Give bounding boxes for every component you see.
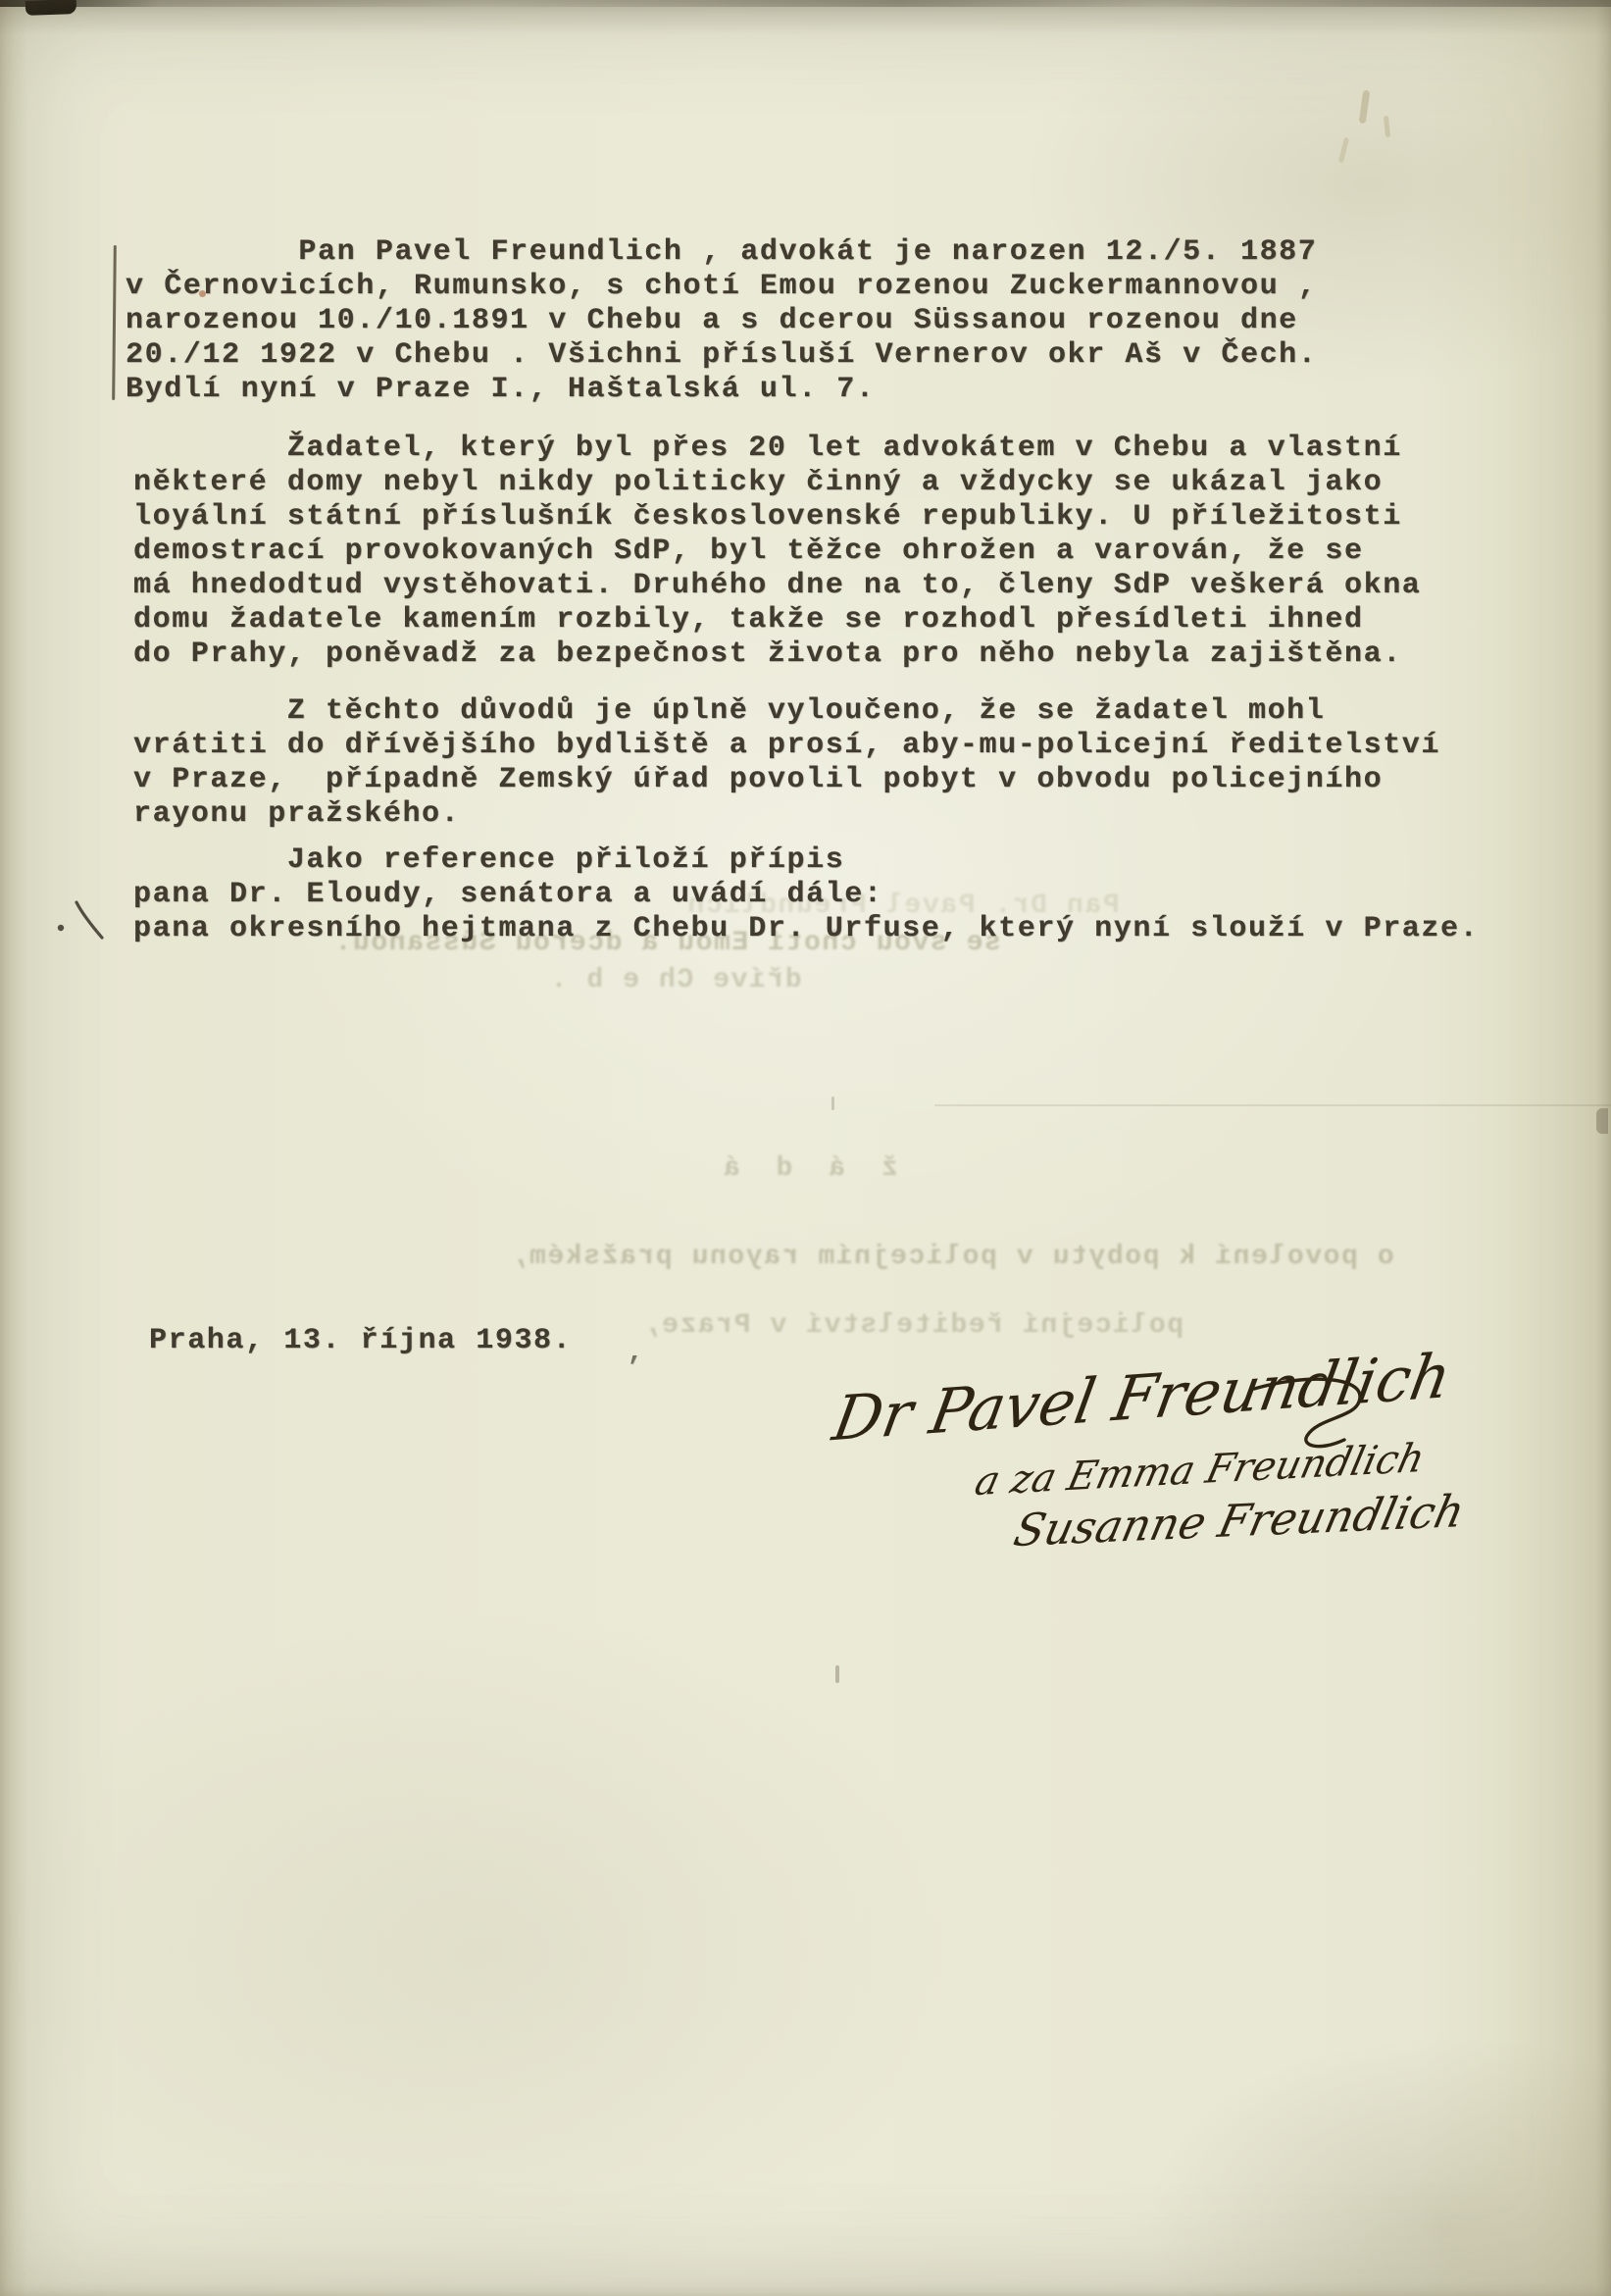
paper-crease	[934, 1104, 1611, 1106]
faint-mark	[831, 1097, 834, 1110]
bleedthrough-line: o povolení k pobytu v policejním rayonu …	[510, 1242, 1394, 1272]
paragraph-applicant-history: Žadatel, který byl přes 20 let advokátem…	[133, 432, 1421, 672]
pencil-mark	[1359, 90, 1371, 125]
paragraph-references: Jako reference přiloží přípis pana Dr. E…	[133, 843, 1479, 946]
bleedthrough-line: policejní ředitelství v Praze,	[642, 1310, 1183, 1341]
paper-top-edge	[0, 0, 1611, 7]
dateline: Praha, 13. října 1938.	[149, 1324, 572, 1358]
paragraph-personal-details: Pan Pavel Freundlich , advokát je naroze…	[126, 235, 1317, 407]
signature-flourish	[1250, 1371, 1368, 1459]
faint-mark	[835, 1665, 839, 1683]
typewritten-letter-page: Pan Dr. Pavel Freundlich se svou chotí E…	[0, 0, 1611, 2296]
stray-comma-mark: ,	[628, 1336, 644, 1370]
bleedthrough-line: ž á d á	[714, 1153, 898, 1184]
paragraph-request: Z těchto důvodů je úplně vyloučeno, že s…	[133, 694, 1440, 832]
margin-ink-line	[112, 245, 117, 400]
bleedthrough-line: dříve Ch e b .	[549, 965, 802, 995]
handwritten-check-mark	[51, 894, 114, 945]
pencil-mark	[1384, 116, 1390, 137]
right-edge-tear	[1596, 1108, 1608, 1134]
pencil-mark	[1338, 137, 1349, 163]
top-left-ink-blot	[25, 0, 76, 16]
